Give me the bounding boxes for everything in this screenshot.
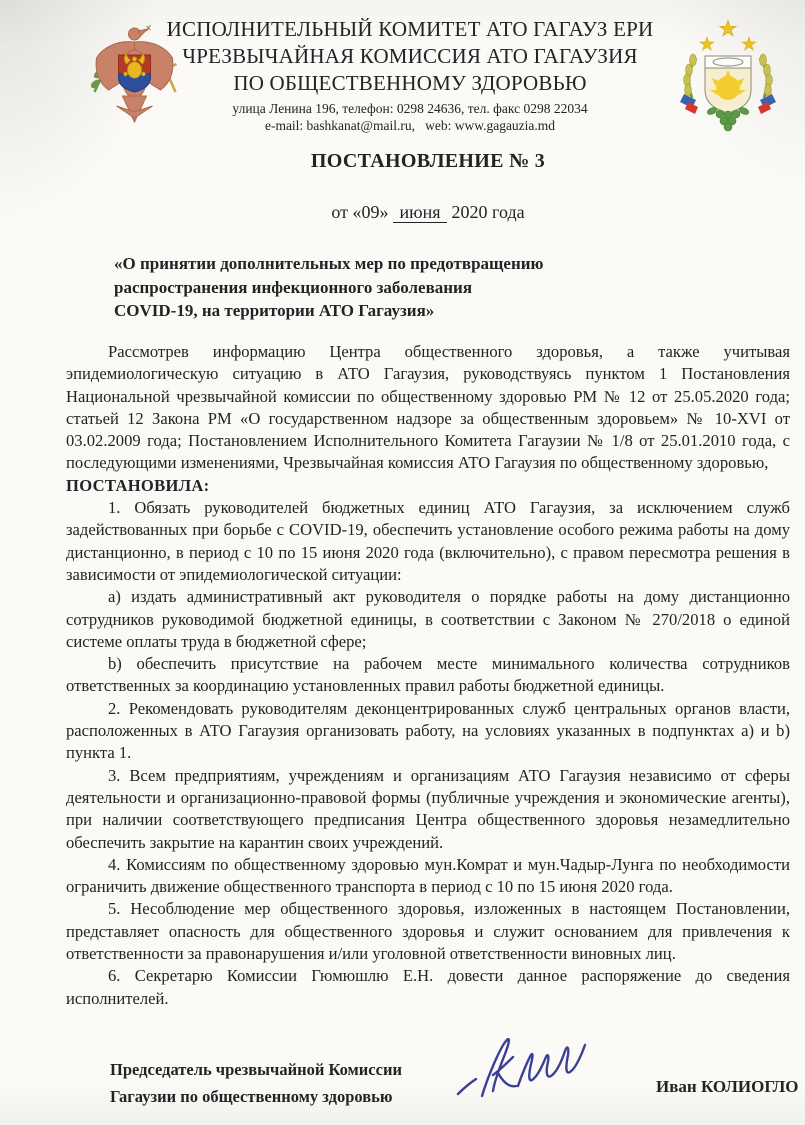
preamble-paragraph: Рассмотрев информацию Центра общественно… <box>66 341 790 475</box>
item-1: 1. Обязать руководителей бюджетных едини… <box>66 497 790 586</box>
gagauzia-coat-of-arms-icon: ★ ★ ★ <box>666 14 790 134</box>
letterhead: ИСПОЛНИТЕЛЬНЫЙ КОМИТЕТ АТО ГАГАУЗ ЕРИ ЧР… <box>0 10 805 140</box>
org-line-2: ЧРЕЗВЫЧАЙНАЯ КОМИССИЯ АТО ГАГАУЗИЯ <box>140 43 680 70</box>
org-line-3: ПО ОБЩЕСТВЕННОМУ ЗДОРОВЬЮ <box>140 70 680 97</box>
org-line-1: ИСПОЛНИТЕЛЬНЫЙ КОМИТЕТ АТО ГАГАУЗ ЕРИ <box>140 16 680 43</box>
contact-line: e-mail: bashkanat@mail.ru, web: www.gaga… <box>140 117 680 134</box>
item-1b: b) обеспечить присутствие на рабочем мес… <box>66 653 790 698</box>
address-line: улица Ленина 196, телефон: 0298 24636, т… <box>140 100 680 117</box>
signatory-position-line-2: Гагаузии по общественному здоровью <box>110 1083 402 1110</box>
item-3: 3. Всем предприятиям, учреждениям и орга… <box>66 765 790 854</box>
item-5: 5. Несоблюдение мер общественного здоров… <box>66 898 790 965</box>
decree-body: Рассмотрев информацию Центра общественно… <box>66 341 790 1010</box>
item-2: 2. Рекомендовать руководителям деконцент… <box>66 698 790 765</box>
signature-stroke <box>458 1039 585 1096</box>
item-4: 4. Комиссиям по общественному здоровью м… <box>66 854 790 899</box>
decree-date-line: от «09» июня 2020 года <box>66 202 790 223</box>
scanned-decree-page: ИСПОЛНИТЕЛЬНЫЙ КОМИТЕТ АТО ГАГАУЗ ЕРИ ЧР… <box>0 0 805 1125</box>
decree-subject: «О принятии дополнительных мер по предот… <box>114 252 594 323</box>
date-suffix: 2020 года <box>447 202 525 222</box>
date-month-underlined: июня <box>393 202 447 223</box>
svg-text:★: ★ <box>718 17 738 42</box>
signatory-position: Председатель чрезвычайной Комиссии Гагау… <box>110 1056 402 1110</box>
org-title-block: ИСПОЛНИТЕЛЬНЫЙ КОМИТЕТ АТО ГАГАУЗ ЕРИ ЧР… <box>140 16 680 134</box>
subject-line-1: «О принятии дополнительных мер по предот… <box>114 252 594 276</box>
decree-title: ПОСТАНОВЛЕНИЕ № 3 <box>66 150 790 173</box>
item-1a: а) издать административный акт руководит… <box>66 586 790 653</box>
svg-text:★: ★ <box>741 34 757 55</box>
subject-line-3: COVID-19, на территории АТО Гагаузия» <box>114 299 594 323</box>
item-6: 6. Секретарю Комиссии Гюмюшлю Е.Н. довес… <box>66 965 790 1010</box>
svg-text:★: ★ <box>699 34 715 55</box>
signatory-position-line-1: Председатель чрезвычайной Комиссии <box>110 1056 402 1083</box>
resolved-label: ПОСТАНОВИЛА: <box>66 475 790 497</box>
subject-line-2: распространения инфекционного заболевани… <box>114 276 594 300</box>
date-prefix: от «09» <box>331 202 388 222</box>
signatory-name: Иван КОЛИОГЛО <box>656 1077 798 1097</box>
handwritten-signature-icon <box>452 1028 592 1112</box>
